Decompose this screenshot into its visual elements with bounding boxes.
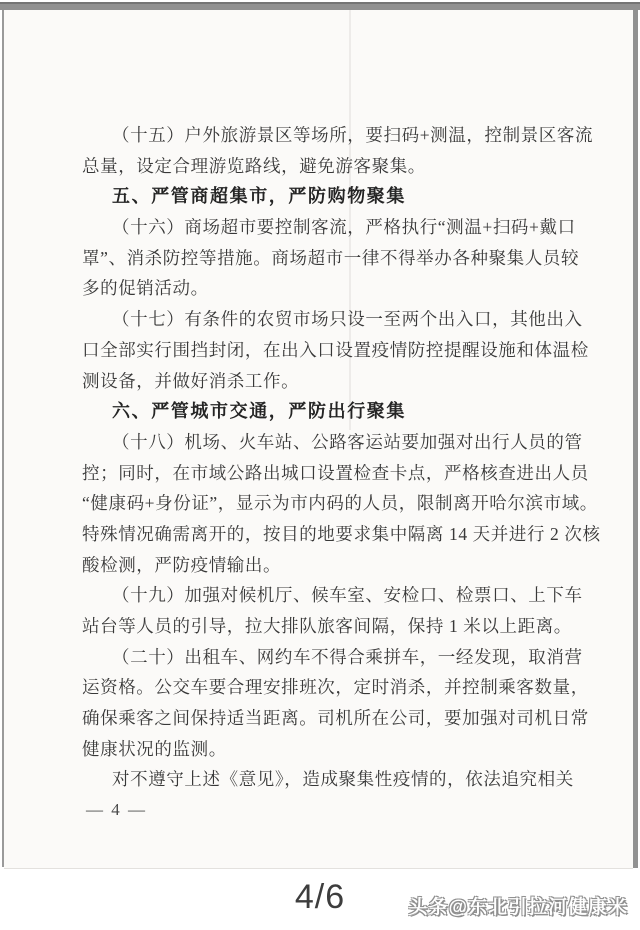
text-line: 酸检测，严防疫情输出。: [82, 550, 560, 581]
text-line: “健康码+身份证”，显示为市内码的人员，限制离开哈尔滨市域。: [82, 488, 560, 519]
text-line: 测设备，并做好消杀工作。: [82, 366, 560, 397]
text-line: 多的促销活动。: [82, 273, 560, 304]
text-line: （十五）户外旅游景区等场所，要扫码+测温，控制景区客流: [82, 120, 560, 151]
text-line: 站台等人员的引导，拉大排队旅客间隔，保持 1 米以上距离。: [82, 611, 560, 642]
text-line: （十七）有条件的农贸市场只设一至两个出入口，其他出入: [82, 304, 560, 335]
section-heading: 五、严管商超集市，严防购物聚集: [82, 181, 560, 212]
scan-right-edge-bar: [633, 10, 638, 868]
toutiao-watermark: 头条@东北引拉河健康米: [408, 892, 628, 919]
text-line: 健康状况的监测。: [82, 734, 560, 765]
text-line: 对不遵守上述《意见》，造成聚集性疫情的，依法追究相关: [82, 764, 560, 795]
document-text-block: （十五）户外旅游景区等场所，要扫码+测温，控制景区客流 总量，设定合理游览路线，…: [82, 120, 560, 795]
text-line: （二十）出租车、网约车不得合乘拼车，一经发现，取消营: [82, 642, 560, 673]
text-line: 口全部实行围挡封闭，在出入口设置疫情防控提醒设施和体温检: [82, 335, 560, 366]
text-line: 罩”、消杀防控等措施。商场超市一律不得举办各种聚集人员较: [82, 243, 560, 274]
text-line: 运资格。公交车要合理安排班次，定时消杀，并控制乘客数量，: [82, 672, 560, 703]
text-line: （十六）商场超市要控制客流，严格执行“测温+扫码+戴口: [82, 212, 560, 243]
document-page-number: — 4 —: [86, 800, 147, 820]
text-line: （十八）机场、火车站、公路客运站要加强对出行人员的管: [82, 427, 560, 458]
text-line: 控；同时，在市域公路出城口设置检查卡点，严格核查进出人员: [82, 458, 560, 489]
text-line: （十九）加强对候机厅、候车室、安检口、检票口、上下车: [82, 580, 560, 611]
text-line: 特殊情况确需离开的，按目的地要求集中隔离 14 天并进行 2 次核: [82, 519, 560, 550]
text-line: 总量，设定合理游览路线，避免游客聚集。: [82, 151, 560, 182]
section-heading: 六、严管城市交通，严防出行聚集: [82, 396, 560, 427]
text-line: 确保乘客之间保持适当距离。司机所在公司，要加强对司机日常: [82, 703, 560, 734]
scan-top-edge-bar: [0, 2, 640, 10]
